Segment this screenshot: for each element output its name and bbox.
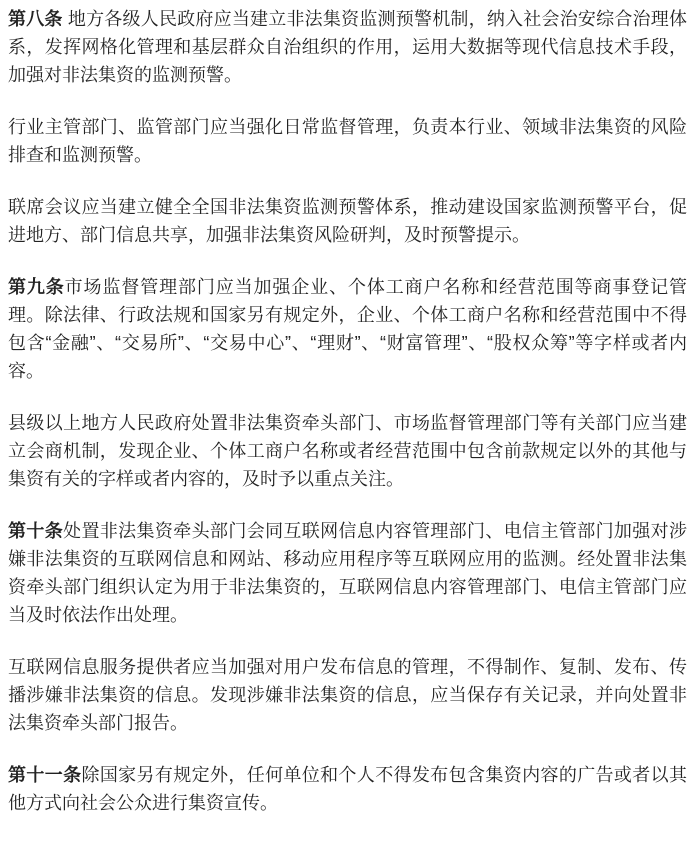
paragraph-article-9-clause-2: 县级以上地方人民政府处置非法集资牵头部门、市场监督管理部门等有关部门应当建立会商…	[8, 409, 687, 493]
paragraph-article-10-clause-2: 互联网信息服务提供者应当加强对用户发布信息的管理，不得制作、复制、发布、传播涉嫌…	[8, 653, 687, 737]
paragraph-article-11: 第十一条除国家另有规定外，任何单位和个人不得发布包含集资内容的广告或者以其他方式…	[8, 761, 687, 817]
paragraph-text: 地方各级人民政府应当建立非法集资监测预警机制，纳入社会治安综合治理体系，发挥网格…	[8, 9, 687, 85]
paragraph-article-8-clause-3: 联席会议应当建立健全全国非法集资监测预警体系，推动建设国家监测预警平台，促进地方…	[8, 193, 687, 249]
article-11-number: 第十一条	[8, 765, 81, 785]
paragraph-text: 市场监督管理部门应当加强企业、个体工商户名称和经营范围等商事登记管理。除法律、行…	[8, 277, 687, 381]
paragraph-article-9: 第九条市场监督管理部门应当加强企业、个体工商户名称和经营范围等商事登记管理。除法…	[8, 273, 687, 385]
paragraph-article-8-clause-2: 行业主管部门、监管部门应当强化日常监督管理，负责本行业、领域非法集资的风险排查和…	[8, 113, 687, 169]
paragraph-text: 联席会议应当建立健全全国非法集资监测预警体系，推动建设国家监测预警平台，促进地方…	[8, 197, 687, 245]
paragraph-text: 除国家另有规定外，任何单位和个人不得发布包含集资内容的广告或者以其他方式向社会公…	[8, 765, 687, 813]
paragraph-article-8: 第八条 地方各级人民政府应当建立非法集资监测预警机制，纳入社会治安综合治理体系，…	[8, 5, 687, 89]
article-8-number: 第八条	[8, 9, 68, 29]
paragraph-text: 处置非法集资牵头部门会同互联网信息内容管理部门、电信主管部门加强对涉嫌非法集资的…	[8, 521, 687, 625]
paragraph-text: 县级以上地方人民政府处置非法集资牵头部门、市场监督管理部门等有关部门应当建立会商…	[8, 413, 687, 489]
article-9-number: 第九条	[8, 277, 65, 297]
article-10-number: 第十条	[8, 521, 63, 541]
paragraph-text: 互联网信息服务提供者应当加强对用户发布信息的管理，不得制作、复制、发布、传播涉嫌…	[8, 657, 687, 733]
paragraph-text: 行业主管部门、监管部门应当强化日常监督管理，负责本行业、领域非法集资的风险排查和…	[8, 117, 687, 165]
paragraph-article-10: 第十条处置非法集资牵头部门会同互联网信息内容管理部门、电信主管部门加强对涉嫌非法…	[8, 517, 687, 629]
regulation-document-body: 第八条 地方各级人民政府应当建立非法集资监测预警机制，纳入社会治安综合治理体系，…	[0, 0, 693, 851]
